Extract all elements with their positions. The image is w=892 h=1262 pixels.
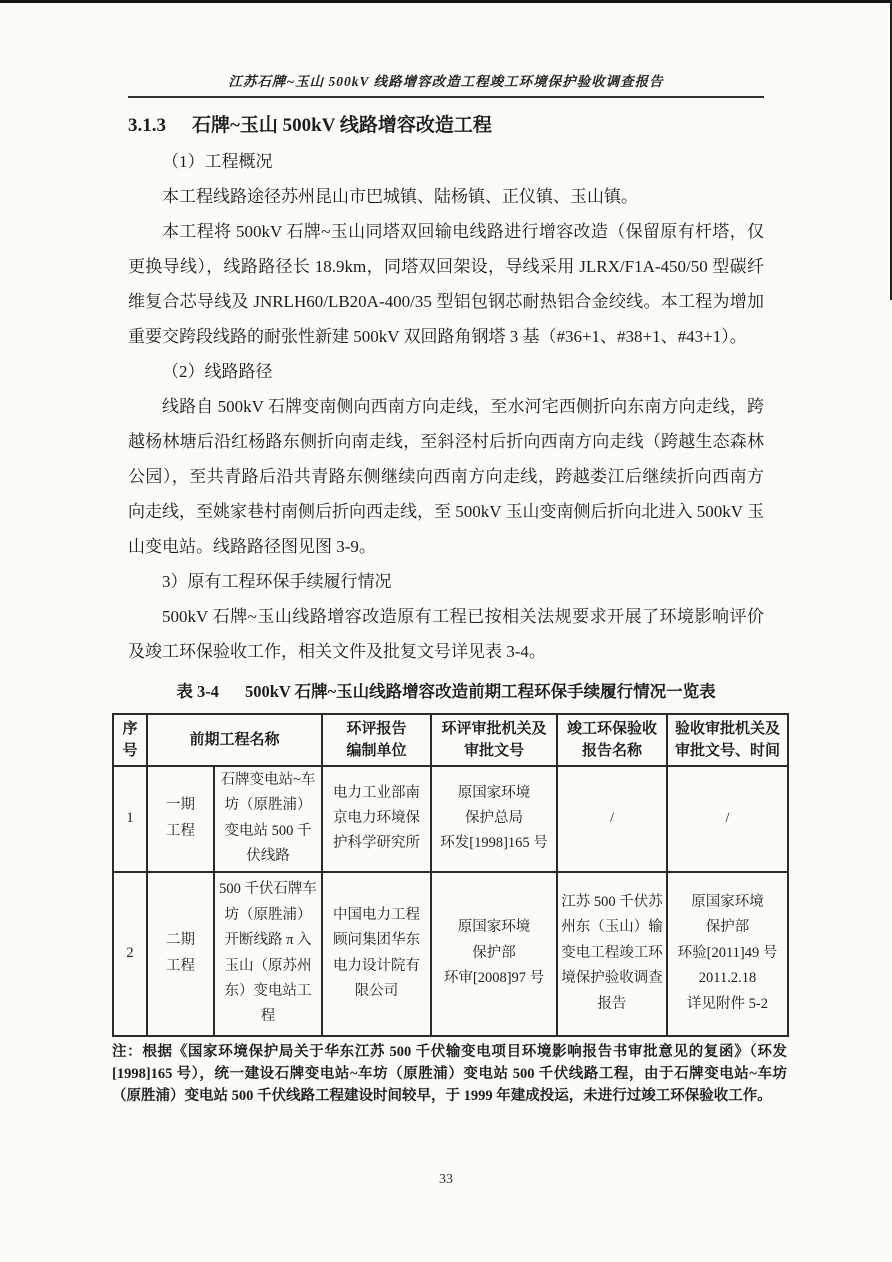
table-row: 2 二期 工程 500 千伏石牌车坊（原胜浦）开断线路 π 入玉山（原苏州东）变… bbox=[113, 872, 788, 1036]
section-number: 3.1.3 bbox=[128, 115, 166, 136]
paragraph-overview: 本工程线路途径苏州昆山市巴城镇、陆杨镇、正仪镇、玉山镇。 bbox=[128, 179, 764, 214]
cell-project-name: 500 千伏石牌车坊（原胜浦）开断线路 π 入玉山（原苏州东）变电站工程 bbox=[214, 872, 322, 1036]
table-caption-label: 表 3-4 bbox=[176, 682, 219, 701]
page-number: 33 bbox=[0, 1172, 892, 1188]
cell-eia-approval: 原国家环境 保护总局 环发[1998]165 号 bbox=[431, 766, 557, 872]
cell-acceptance-approval: / bbox=[667, 766, 788, 872]
col-header-eia-approval: 环评审批机关及 审批文号 bbox=[431, 714, 557, 766]
paragraph-project-scope: 本工程将 500kV 石牌~玉山同塔双回输电线路进行增容改造（保留原有杆塔，仅更… bbox=[128, 214, 764, 354]
table-caption: 表 3-4500kV 石牌~玉山线路增容改造前期工程环保手续履行情况一览表 bbox=[128, 677, 764, 707]
paragraph-eia-history: 500kV 石牌~玉山线路增容改造原有工程已按相关法规要求开展了环境影响评价及竣… bbox=[128, 599, 764, 669]
col-header-acceptance-report: 竣工环保验收 报告名称 bbox=[557, 714, 667, 766]
table-wrapper: 序 号 前期工程名称 环评报告 编制单位 环评审批机关及 审批文号 竣工环保验收… bbox=[112, 713, 787, 1037]
cell-eia-approval: 原国家环境 保护部 环审[2008]97 号 bbox=[431, 872, 557, 1036]
section-title: 石牌~玉山 500kV 线路增容改造工程 bbox=[192, 115, 492, 136]
col-header-acceptance-approval: 验收审批机关及 审批文号、时间 bbox=[667, 714, 788, 766]
running-header: 江苏石牌~玉山 500kV 线路增容改造工程竣工环境保护验收调查报告 bbox=[128, 70, 764, 90]
col-header-name: 前期工程名称 bbox=[147, 714, 322, 766]
col-header-eia-unit: 环评报告 编制单位 bbox=[322, 714, 431, 766]
page-content: 江苏石牌~玉山 500kV 线路增容改造工程竣工环境保护验收调查报告 3.1.3… bbox=[128, 70, 764, 1107]
cell-eia-unit: 中国电力工程顾问集团华东电力设计院有限公司 bbox=[322, 872, 431, 1036]
table-note: 注：根据《国家环境保护局关于华东江苏 500 千伏输变电项目环境影响报告书审批意… bbox=[112, 1041, 787, 1107]
header-rule bbox=[128, 96, 764, 98]
cell-project-name: 石牌变电站~车坊（原胜浦）变电站 500 千伏线路 bbox=[214, 766, 322, 872]
subsection-label-2: （2）线路路径 bbox=[128, 354, 764, 389]
cell-eia-unit: 电力工业部南京电力环境保护科学研究所 bbox=[322, 766, 431, 872]
paragraph-route-description: 线路自 500kV 石牌变南侧向西南方向走线，至水河宅西侧折向东南方向走线，跨越… bbox=[128, 389, 764, 564]
cell-phase: 二期 工程 bbox=[147, 872, 214, 1036]
section-heading: 3.1.3石牌~玉山 500kV 线路增容改造工程 bbox=[128, 112, 764, 140]
cell-no: 2 bbox=[113, 872, 147, 1036]
body-text: （1）工程概况 本工程线路途径苏州昆山市巴城镇、陆杨镇、正仪镇、玉山镇。 本工程… bbox=[128, 144, 764, 669]
cell-no: 1 bbox=[113, 766, 147, 872]
env-procedures-table: 序 号 前期工程名称 环评报告 编制单位 环评审批机关及 审批文号 竣工环保验收… bbox=[112, 713, 789, 1037]
subsection-label-3: 3）原有工程环保手续履行情况 bbox=[128, 564, 764, 599]
scan-artifact-top-edge bbox=[0, 0, 892, 3]
document-page: { "page": { "header": "江苏石牌~玉山 500kV 线路增… bbox=[0, 0, 892, 1262]
cell-acceptance-report: 江苏 500 千伏苏州东（玉山）输变电工程竣工环境保护验收调查报告 bbox=[557, 872, 667, 1036]
cell-acceptance-report: / bbox=[557, 766, 667, 872]
cell-phase: 一期 工程 bbox=[147, 766, 214, 872]
table-row: 1 一期 工程 石牌变电站~车坊（原胜浦）变电站 500 千伏线路 电力工业部南… bbox=[113, 766, 788, 872]
cell-acceptance-approval: 原国家环境 保护部 环验[2011]49 号 2011.2.18 详见附件 5-… bbox=[667, 872, 788, 1036]
table-caption-title: 500kV 石牌~玉山线路增容改造前期工程环保手续履行情况一览表 bbox=[245, 682, 716, 701]
table-header-row: 序 号 前期工程名称 环评报告 编制单位 环评审批机关及 审批文号 竣工环保验收… bbox=[113, 714, 788, 766]
col-header-no: 序 号 bbox=[113, 714, 147, 766]
subsection-label-1: （1）工程概况 bbox=[128, 144, 764, 179]
